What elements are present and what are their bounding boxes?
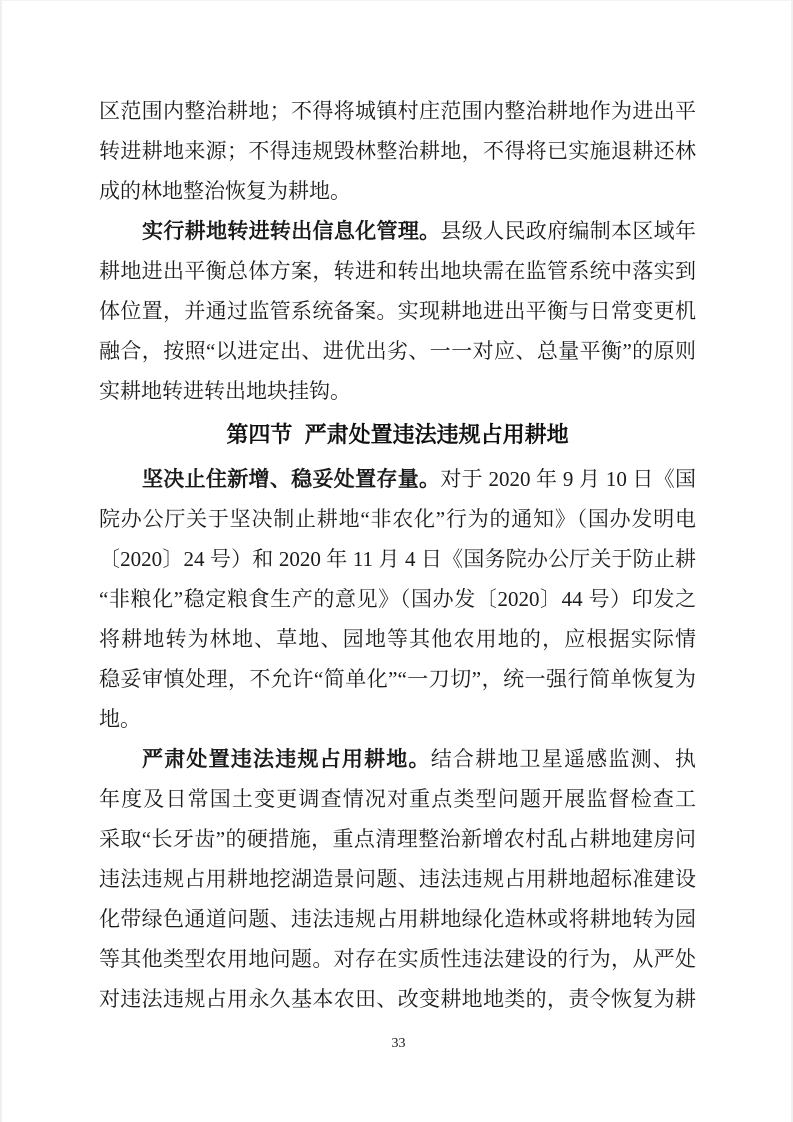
body-line: 将耕地转为林地、草地、园地等其他农用地的，应根据实际情况， <box>99 619 696 659</box>
body-line: 体位置，并通过监管系统备案。实现耕地进出平衡与日常变更机制 <box>99 291 696 331</box>
body-line: 采取“长牙齿”的硬措施，重点清理整治新增农村乱占耕地建房问题、 <box>99 819 696 859</box>
body-line: 违法违规占用耕地挖湖造景问题、违法违规占用耕地超标准建设绿 <box>99 859 696 899</box>
paragraph-lead: 实行耕地转进转出信息化管理。 <box>142 219 440 243</box>
body-line: 成的林地整治恢复为耕地。 <box>99 171 696 211</box>
body-line: 院办公厅关于坚决制止耕地“非农化”行为的通知》（国办发明电 <box>99 499 696 539</box>
section-heading: 第四节 严肃处置违法违规占用耕地 <box>99 413 696 457</box>
paragraph-lead: 严肃处置违法违规占用耕地。 <box>142 747 431 771</box>
body-line: 转进耕地来源；不得违规毁林整治耕地，不得将已实施退耕还林形 <box>99 131 696 171</box>
body-line: 耕地进出平衡总体方案，转进和转出地块需在监管系统中落实到具 <box>99 251 696 291</box>
body-line: 化带绿色通道问题、违法违规占用耕地绿化造林或将耕地转为园地 <box>99 899 696 939</box>
paragraph-lead: 坚决止住新增、稳妥处置存量。 <box>142 467 440 491</box>
body-line: 实耕地转进转出地块挂钩。 <box>99 371 696 411</box>
page-number: 33 <box>2 1035 793 1053</box>
body-line: 严肃处置违法违规占用耕地。结合耕地卫星遥感监测、执法、 <box>99 739 696 779</box>
text-block: 区范围内整治耕地；不得将城镇村庄范围内整治耕地作为进出平衡 转进耕地来源；不得违… <box>99 91 696 1019</box>
body-line: 融合，按照“以进定出、进优出劣、一一对应、总量平衡”的原则落 <box>99 331 696 371</box>
body-line: 坚决止住新增、稳妥处置存量。对于 2020 年 9 月 10 日《国务 <box>99 459 696 499</box>
body-line: 稳妥审慎处理，不允许“简单化”“一刀切”，统一强行简单恢复为耕 <box>99 659 696 699</box>
body-line: 等其他类型农用地问题。对存在实质性违法建设的行为，从严处置； <box>99 939 696 979</box>
body-line: 年度及日常国土变更调查情况对重点类型问题开展监督检查工作， <box>99 779 696 819</box>
body-line: 实行耕地转进转出信息化管理。县级人民政府编制本区域年度 <box>99 211 696 251</box>
document-page: 区范围内整治耕地；不得将城镇村庄范围内整治耕地作为进出平衡 转进耕地来源；不得违… <box>0 0 793 1122</box>
body-line: 对违法违规占用永久基本农田、改变耕地地类的，责令恢复为耕地、 <box>99 979 696 1019</box>
body-line: 区范围内整治耕地；不得将城镇村庄范围内整治耕地作为进出平衡 <box>99 91 696 131</box>
body-line: 〔2020〕24 号）和 2020 年 11 月 4 日《国务院办公厅关于防止耕… <box>99 539 696 579</box>
body-line: 地。 <box>99 699 696 739</box>
body-line: “非粮化”稳定粮食生产的意见》（国办发〔2020〕44 号）印发之前， <box>99 579 696 619</box>
